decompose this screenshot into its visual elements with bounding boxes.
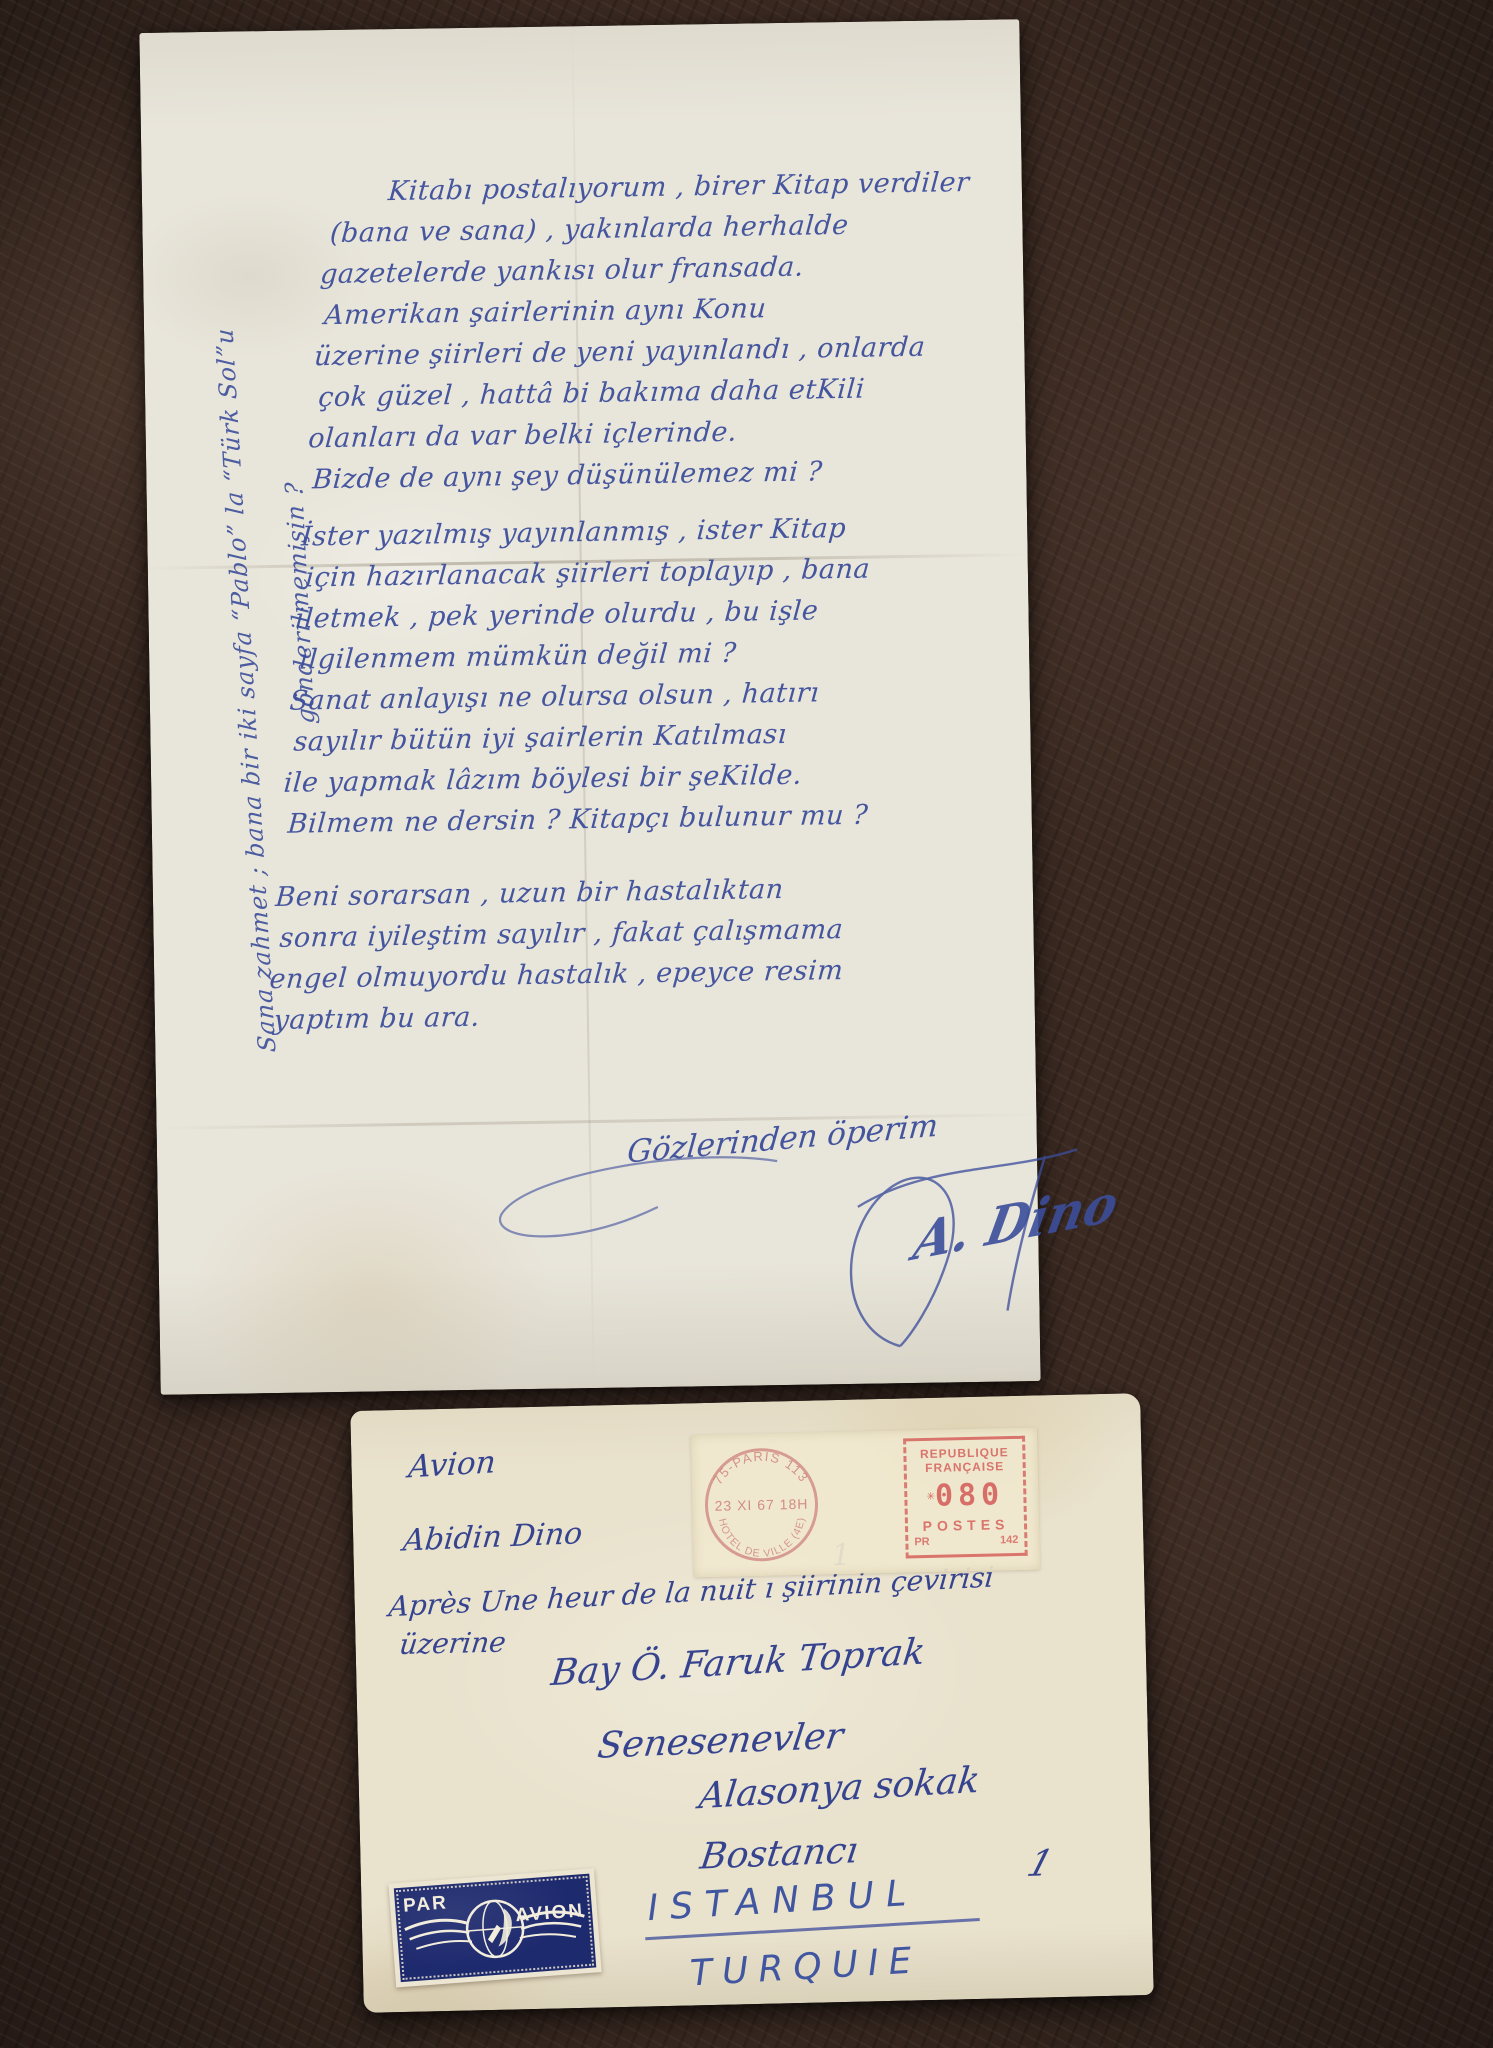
postmark-date: 23 XI 67 18H [714, 1496, 808, 1514]
address-street: Alasonya sokak [697, 1760, 982, 1818]
par-avion-label: PAR AVION [388, 1868, 601, 1987]
address-number: 1 [1023, 1843, 1058, 1885]
address-quarter: Bostancı [698, 1830, 861, 1878]
winged-globe-icon [394, 1874, 596, 1982]
postage-meter-imprint: REPUBLIQUE FRANÇAISE ✳080 POSTES PR 142 [903, 1436, 1028, 1559]
meter-country-line: FRANÇAISE [907, 1459, 1023, 1476]
address-block: Bay Ö. Faruk Toprak Senesenevler Alasony… [350, 1393, 1140, 1411]
letter-body: Kitabı postalıyorum , birer Kitap verdil… [265, 161, 1027, 1041]
closing-flourish [487, 1143, 789, 1268]
meter-country-line: REPUBLIQUE [906, 1445, 1022, 1462]
addressee-name: Bay Ö. Faruk Toprak [549, 1631, 927, 1694]
address-country: TURQUIE [689, 1940, 922, 1994]
par-avion-label-inner: PAR AVION [394, 1874, 596, 1982]
meter-star-icon: ✳ [926, 1488, 935, 1504]
meter-value: 080 [935, 1477, 1005, 1514]
address-city: ISTANBUL [642, 1869, 979, 1940]
envelope: Avion Abidin Dino Après Une heur de la n… [350, 1393, 1153, 2013]
svg-text:75-PARIS 113: 75-PARIS 113 [709, 1447, 812, 1487]
postmark-bottom-text: HOTEL DE VILLE (4E) [716, 1516, 809, 1561]
sender-name: Abidin Dino [401, 1516, 584, 1558]
svg-text:HOTEL DE VILLE (4E): HOTEL DE VILLE (4E) [716, 1516, 809, 1561]
handwritten-letter-sheet: Kitabı postalıyorum , birer Kitap verdil… [139, 19, 1040, 1395]
avion-note: Avion [407, 1444, 497, 1485]
subject-note-line: üzerine [398, 1626, 508, 1662]
margin-note-line: Sana zahmet ; bana bir iki sayfa “Pablo”… [210, 327, 281, 1053]
meter-code-left: PR [914, 1536, 930, 1548]
signature: A. Dino [777, 1143, 1110, 1363]
meter-code-right: 142 [1000, 1534, 1019, 1546]
paris-postmark: 75-PARIS 113 23 XI 67 18H HOTEL DE VILLE… [697, 1440, 826, 1569]
address-district: Senesenevler [595, 1716, 845, 1767]
meter-stamp-label: 75-PARIS 113 23 XI 67 18H HOTEL DE VILLE… [691, 1427, 1040, 1577]
postmark-top-text: 75-PARIS 113 [709, 1447, 812, 1487]
